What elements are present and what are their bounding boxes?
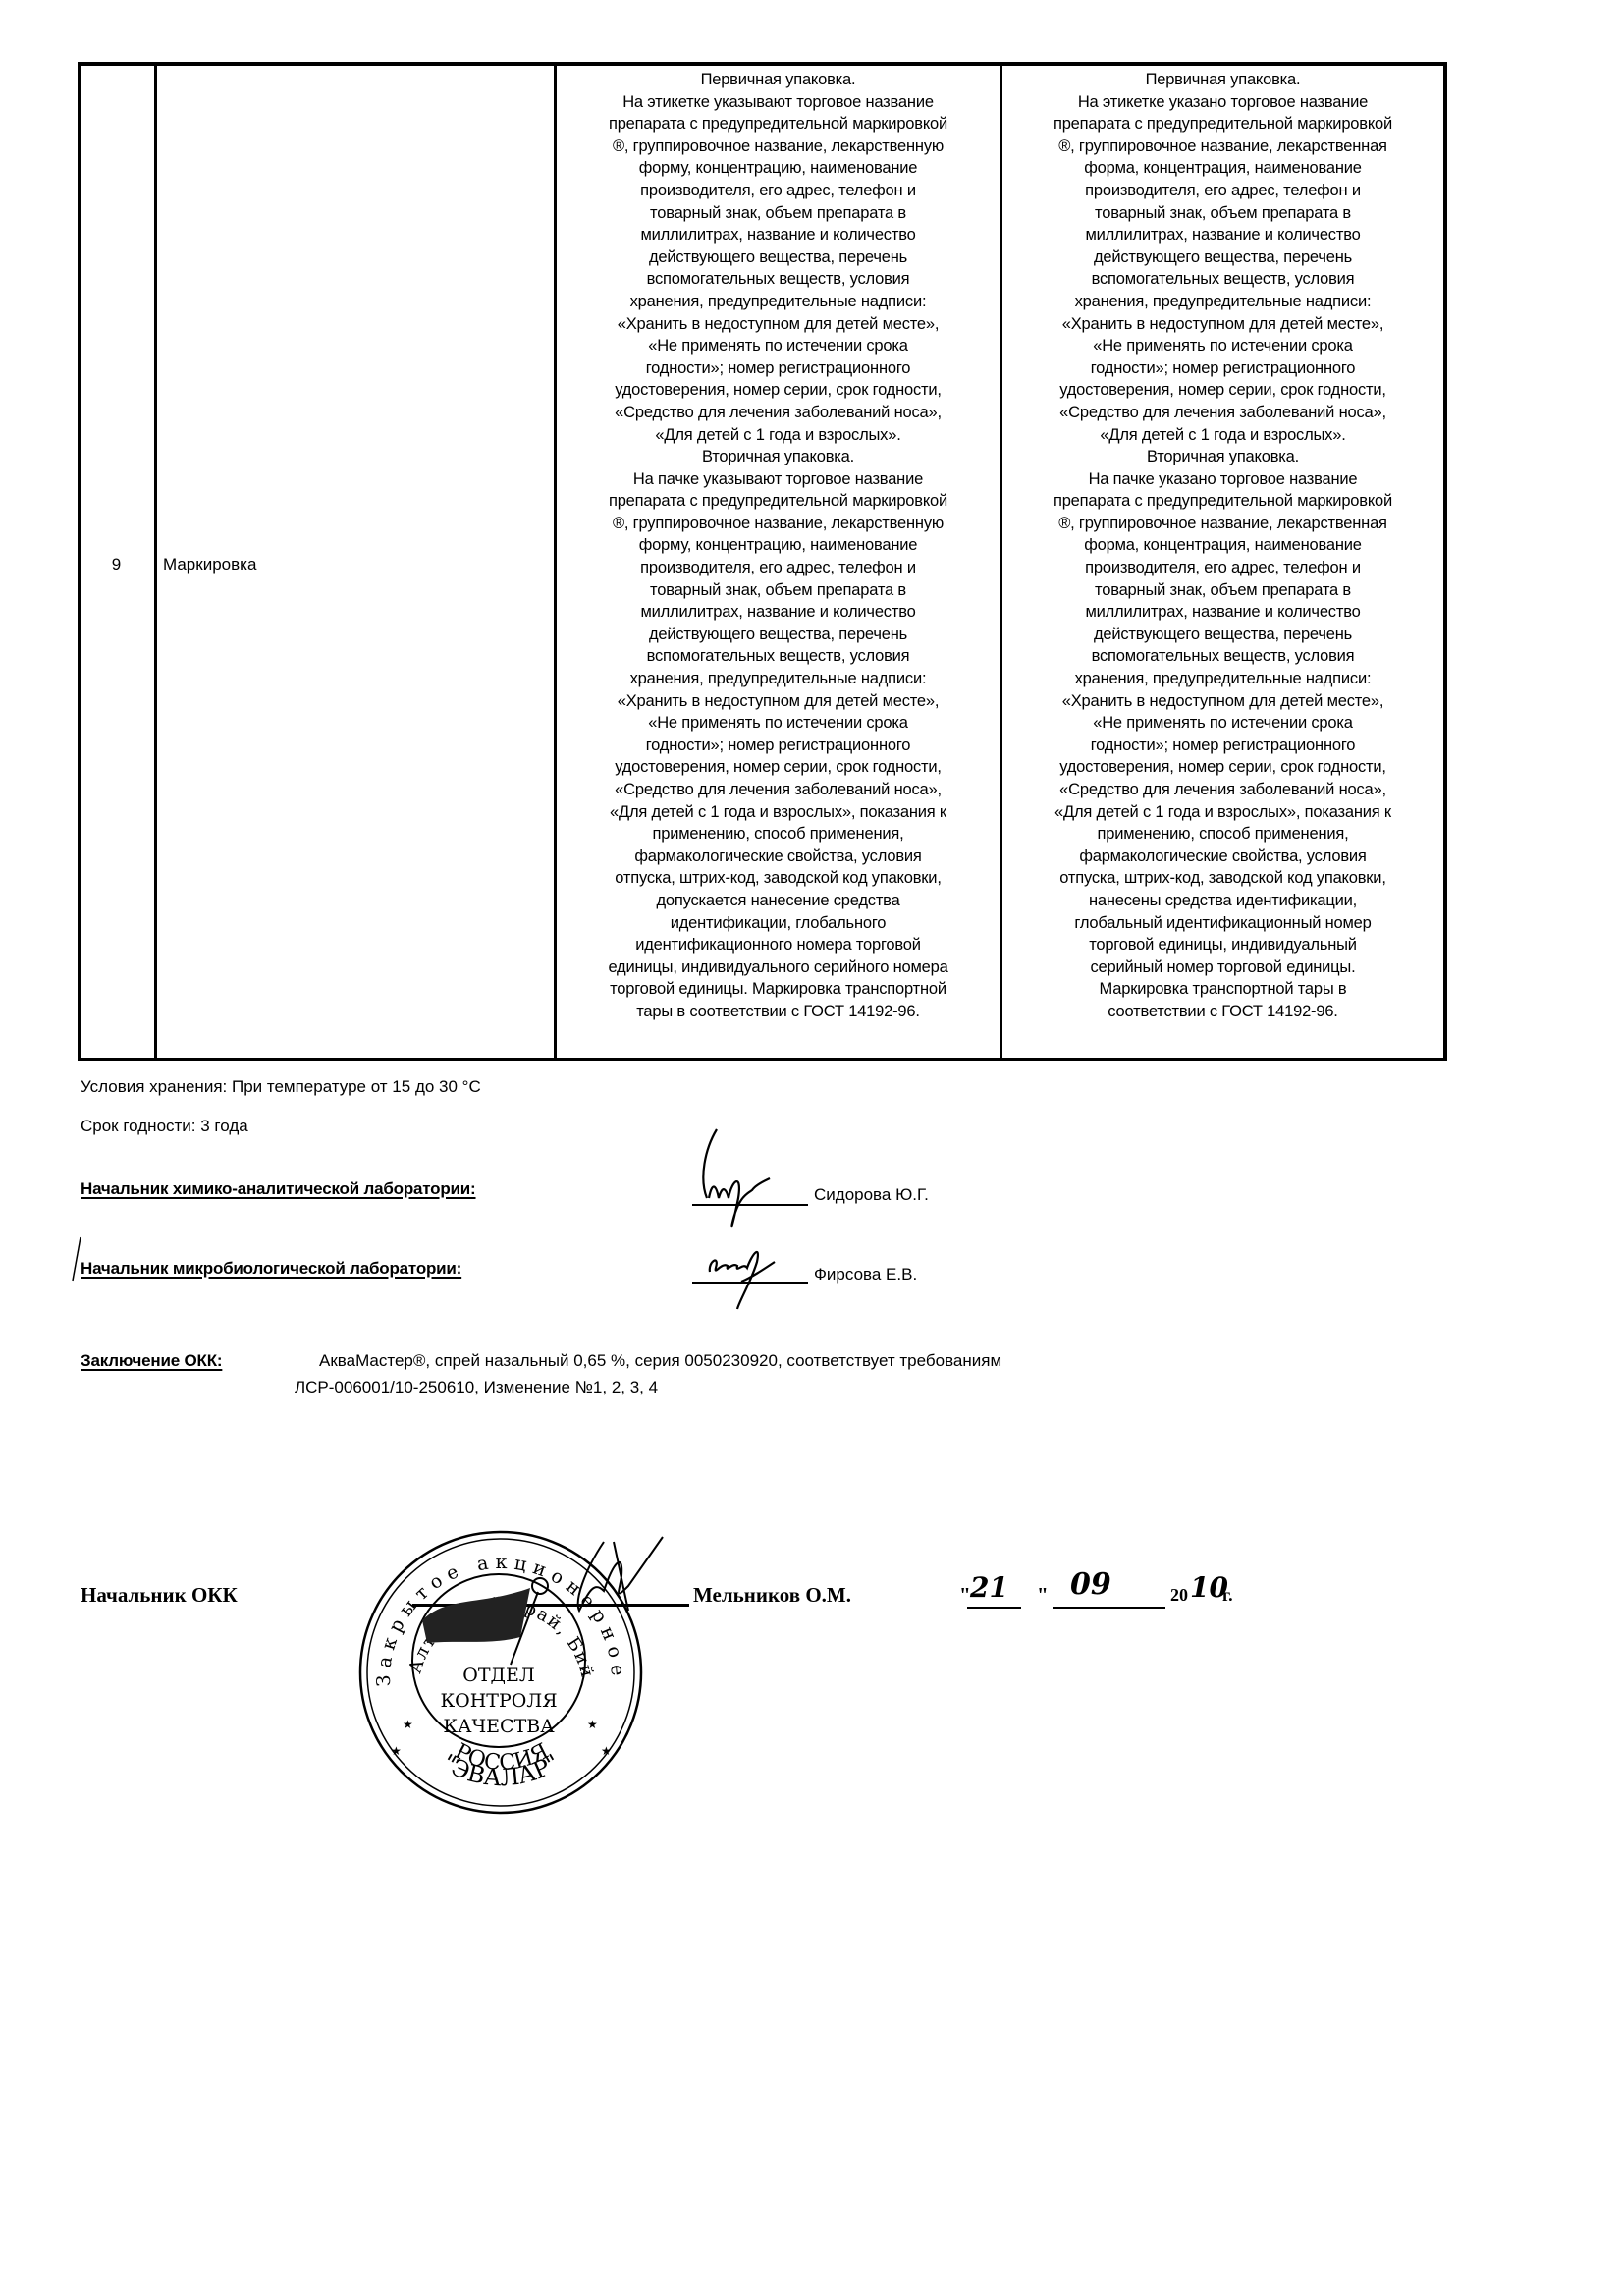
date-day-line: [967, 1607, 1021, 1609]
signatory-name-micro: Фирсова Е.В.: [814, 1265, 917, 1285]
row-number: 9: [78, 555, 155, 574]
head-okk-name: Мельников О.М.: [693, 1583, 851, 1608]
date-year-prefix: 20: [1170, 1585, 1188, 1606]
date-month-line: [1053, 1607, 1165, 1609]
table-border-right: [1443, 62, 1447, 1061]
signatory-title-chem: Начальник химико-аналитической лаборатор…: [81, 1179, 476, 1199]
star-icon: ★: [601, 1744, 612, 1758]
shelf-life: Срок годности: 3 года: [81, 1117, 248, 1136]
conclusion-label: Заключение ОКК:: [81, 1351, 222, 1371]
stamp-center-line-3: КАЧЕСТВА: [443, 1716, 555, 1737]
conclusion-line-2: ЛСР-006001/10-250610, Изменение №1, 2, 3…: [295, 1378, 658, 1397]
parameter-name: Маркировка: [163, 555, 256, 574]
star-icon: ★: [403, 1718, 413, 1731]
signature-icon: [692, 1232, 820, 1311]
date-suffix: г.: [1222, 1585, 1233, 1606]
head-okk-title: Начальник ОКК: [81, 1583, 238, 1608]
signatory-title-micro: Начальник микробиологической лаборатории…: [81, 1259, 461, 1279]
result-text: Первичная упаковка. На этикетке указано …: [1002, 69, 1443, 1023]
signature-icon: [687, 1129, 815, 1237]
requirement-text: Первичная упаковка. На этикетке указываю…: [557, 69, 1000, 1023]
conclusion-line-1: АкваМастер®, спрей назальный 0,65 %, сер…: [319, 1351, 1001, 1371]
date-day: 21: [970, 1571, 1008, 1604]
signatory-name-chem: Сидорова Ю.Г.: [814, 1185, 929, 1205]
star-icon: ★: [587, 1718, 598, 1731]
signature-icon: [545, 1532, 682, 1640]
star-icon: ★: [391, 1744, 402, 1758]
date-quote-open: ": [959, 1583, 971, 1608]
stamp-center-line-1: ОТДЕЛ: [462, 1665, 534, 1686]
date-quote-close: ": [1037, 1583, 1049, 1608]
date-month: 09: [1070, 1567, 1111, 1602]
storage-conditions: Условия хранения: При температуре от 15 …: [81, 1077, 481, 1097]
stamp-center-line-2: КОНТРОЛЯ: [440, 1690, 557, 1712]
